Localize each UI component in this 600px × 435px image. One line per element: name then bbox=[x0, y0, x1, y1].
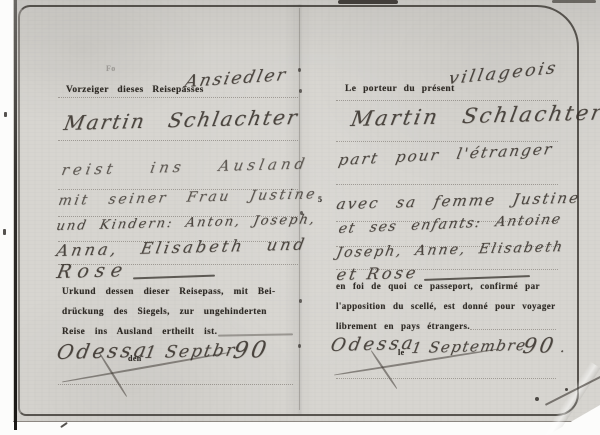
margin-page-number: 5 bbox=[318, 195, 322, 204]
handwritten-year: 90 bbox=[521, 333, 558, 358]
ruled-line bbox=[58, 140, 298, 141]
printed-footer-line: drückung des Siegels, zur ungehinderten bbox=[62, 307, 267, 317]
ruled-line bbox=[336, 184, 558, 185]
printed-footer-line: librement en pays étrangers. bbox=[336, 321, 470, 331]
handwritten-line: Rose bbox=[55, 259, 130, 283]
handwritten-year: 90 bbox=[231, 337, 271, 364]
printed-footer-line: Reise ins Ausland ertheilt ist. bbox=[62, 327, 217, 337]
faint-print-mark: Fo bbox=[106, 64, 116, 73]
ruled-line bbox=[336, 378, 556, 379]
fold-dot bbox=[299, 299, 302, 303]
paper-speck bbox=[60, 422, 68, 428]
ruled-line bbox=[58, 384, 293, 385]
ruled-line bbox=[336, 100, 558, 101]
printed-intro-french: Le porteur du présent bbox=[345, 84, 455, 94]
fold-dot bbox=[299, 89, 302, 93]
left-page-edge-line bbox=[14, 0, 17, 430]
printed-footer-line: Urkund dessen dieser Reisepass, mit Bei- bbox=[62, 287, 276, 297]
paper-speck bbox=[565, 388, 568, 391]
printed-footer-line: l'apposition du scellé, est donné pour v… bbox=[336, 301, 556, 311]
ruled-line bbox=[58, 97, 298, 98]
fold-dot bbox=[298, 68, 301, 72]
ink-smudge-top bbox=[552, 0, 596, 3]
fold-dot bbox=[298, 344, 301, 348]
paper-speck bbox=[535, 397, 539, 401]
printed-date-preposition: le bbox=[398, 348, 405, 357]
ruled-line bbox=[470, 329, 556, 330]
printed-footer-line: en foi de quoi ce passeport, confirmé pa… bbox=[336, 281, 540, 291]
passport-scan: Fo Vorzeiger dieses Reisepasses Ansiedle… bbox=[0, 0, 600, 435]
printed-date-preposition: den bbox=[128, 354, 142, 363]
ink-smudge-top bbox=[338, 0, 398, 4]
torn-corner bbox=[548, 405, 600, 435]
paper-speck bbox=[3, 229, 6, 235]
paper-speck bbox=[4, 112, 7, 117]
